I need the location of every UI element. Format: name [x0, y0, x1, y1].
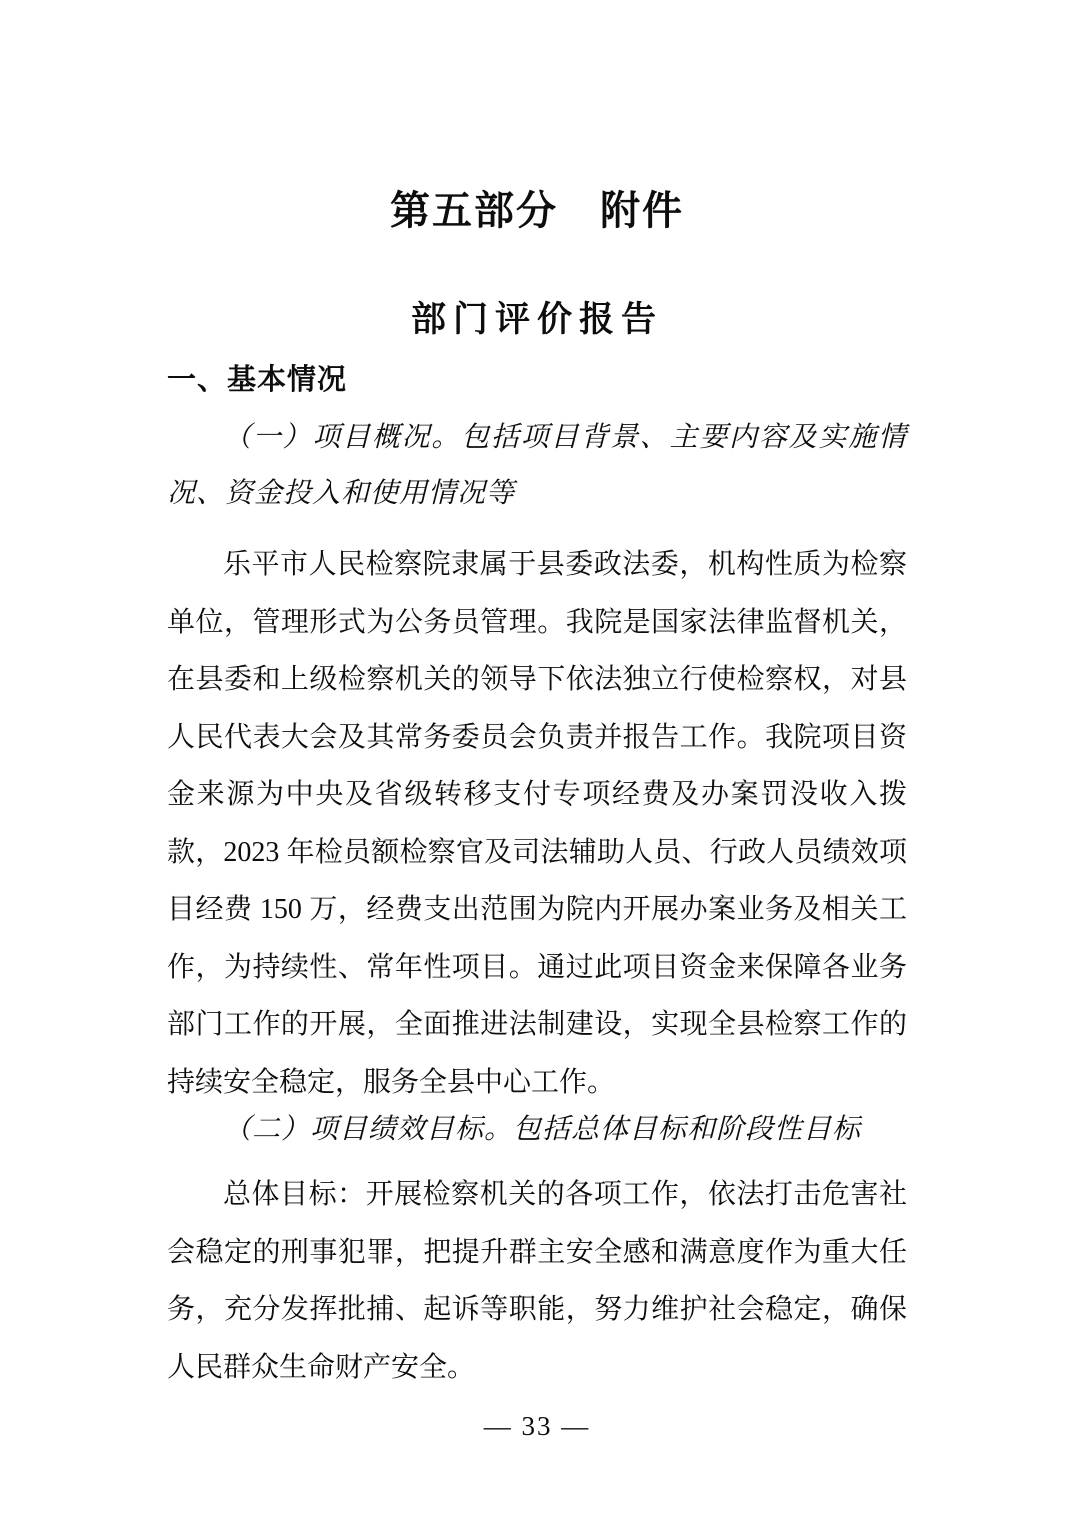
report-title: 部门评价报告: [0, 300, 1074, 340]
part-title: 第五部分 附件: [0, 188, 1074, 234]
document-page: 第五部分 附件 部门评价报告 一、基本情况 （一）项目概况。包括项目背景、主要内…: [0, 0, 1074, 1520]
item-1-project-overview-paragraph: 乐平市人民检察院隶属于县委政法委，机构性质为检察单位，管理形式为公务员管理。我院…: [167, 536, 907, 1111]
item-2-performance-goal-label: （二）项目绩效目标。包括总体目标和阶段性目标: [167, 1102, 907, 1158]
page-number: — 33 —: [0, 1410, 1074, 1442]
item-1-project-overview-label: （一）项目概况。包括项目背景、主要内容及实施情况、资金投入和使用情况等: [167, 410, 907, 522]
section-heading-basic-situation: 一、基本情况: [167, 363, 347, 397]
item-2-performance-goal-paragraph: 总体目标：开展检察机关的各项工作，依法打击危害社会稳定的刑事犯罪，把提升群主安全…: [167, 1166, 907, 1396]
